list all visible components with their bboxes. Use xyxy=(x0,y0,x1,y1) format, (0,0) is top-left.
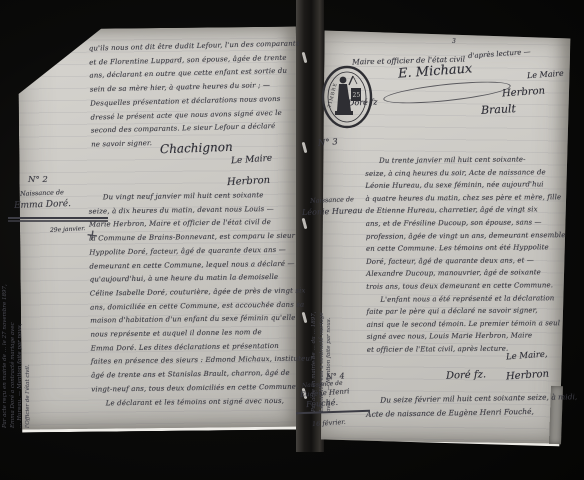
binding-stitch xyxy=(302,52,308,63)
act3-margin-caption1: Naissance de xyxy=(310,195,354,205)
binding-stitch xyxy=(302,142,308,153)
act3-body: Du trente janvier mil huit cent soixante… xyxy=(365,153,566,356)
act2-body: Du vingt neuf janvier mil huit cent soix… xyxy=(88,188,315,410)
header-signature-brault: Brault xyxy=(481,102,517,117)
act3-signature-dore: Doré fz. xyxy=(446,369,486,381)
act2-margin-caption2: Emma Doré. xyxy=(14,199,71,211)
stamp-arc-text: TIMBRE xyxy=(327,82,339,108)
act2-number: N° 2 xyxy=(28,175,48,185)
act3-number: N° 3 xyxy=(318,137,338,148)
register-scan: qu'ils nous ont dit être dudit Lefour, l… xyxy=(0,0,584,480)
revenue-stamp-icon: 25 TIMBRE xyxy=(320,64,374,130)
act1-signature-herbron: Herbron xyxy=(227,175,271,188)
header-annotation-mark: 3 xyxy=(452,38,456,45)
act2-marginal-mention-note: Par acte reçu en mairie de … le 27 novem… xyxy=(2,248,58,428)
act2-margin-caption1: Naissance de xyxy=(20,188,64,198)
act1-signature-chachignon: Chachignon xyxy=(160,140,233,157)
stamp-denomination: 25 xyxy=(353,92,361,99)
act1-body: qu'ils nous ont dit être dudit Lefour, l… xyxy=(89,37,302,152)
act4-body: Du seize février mil huit cent soixante … xyxy=(366,390,578,422)
